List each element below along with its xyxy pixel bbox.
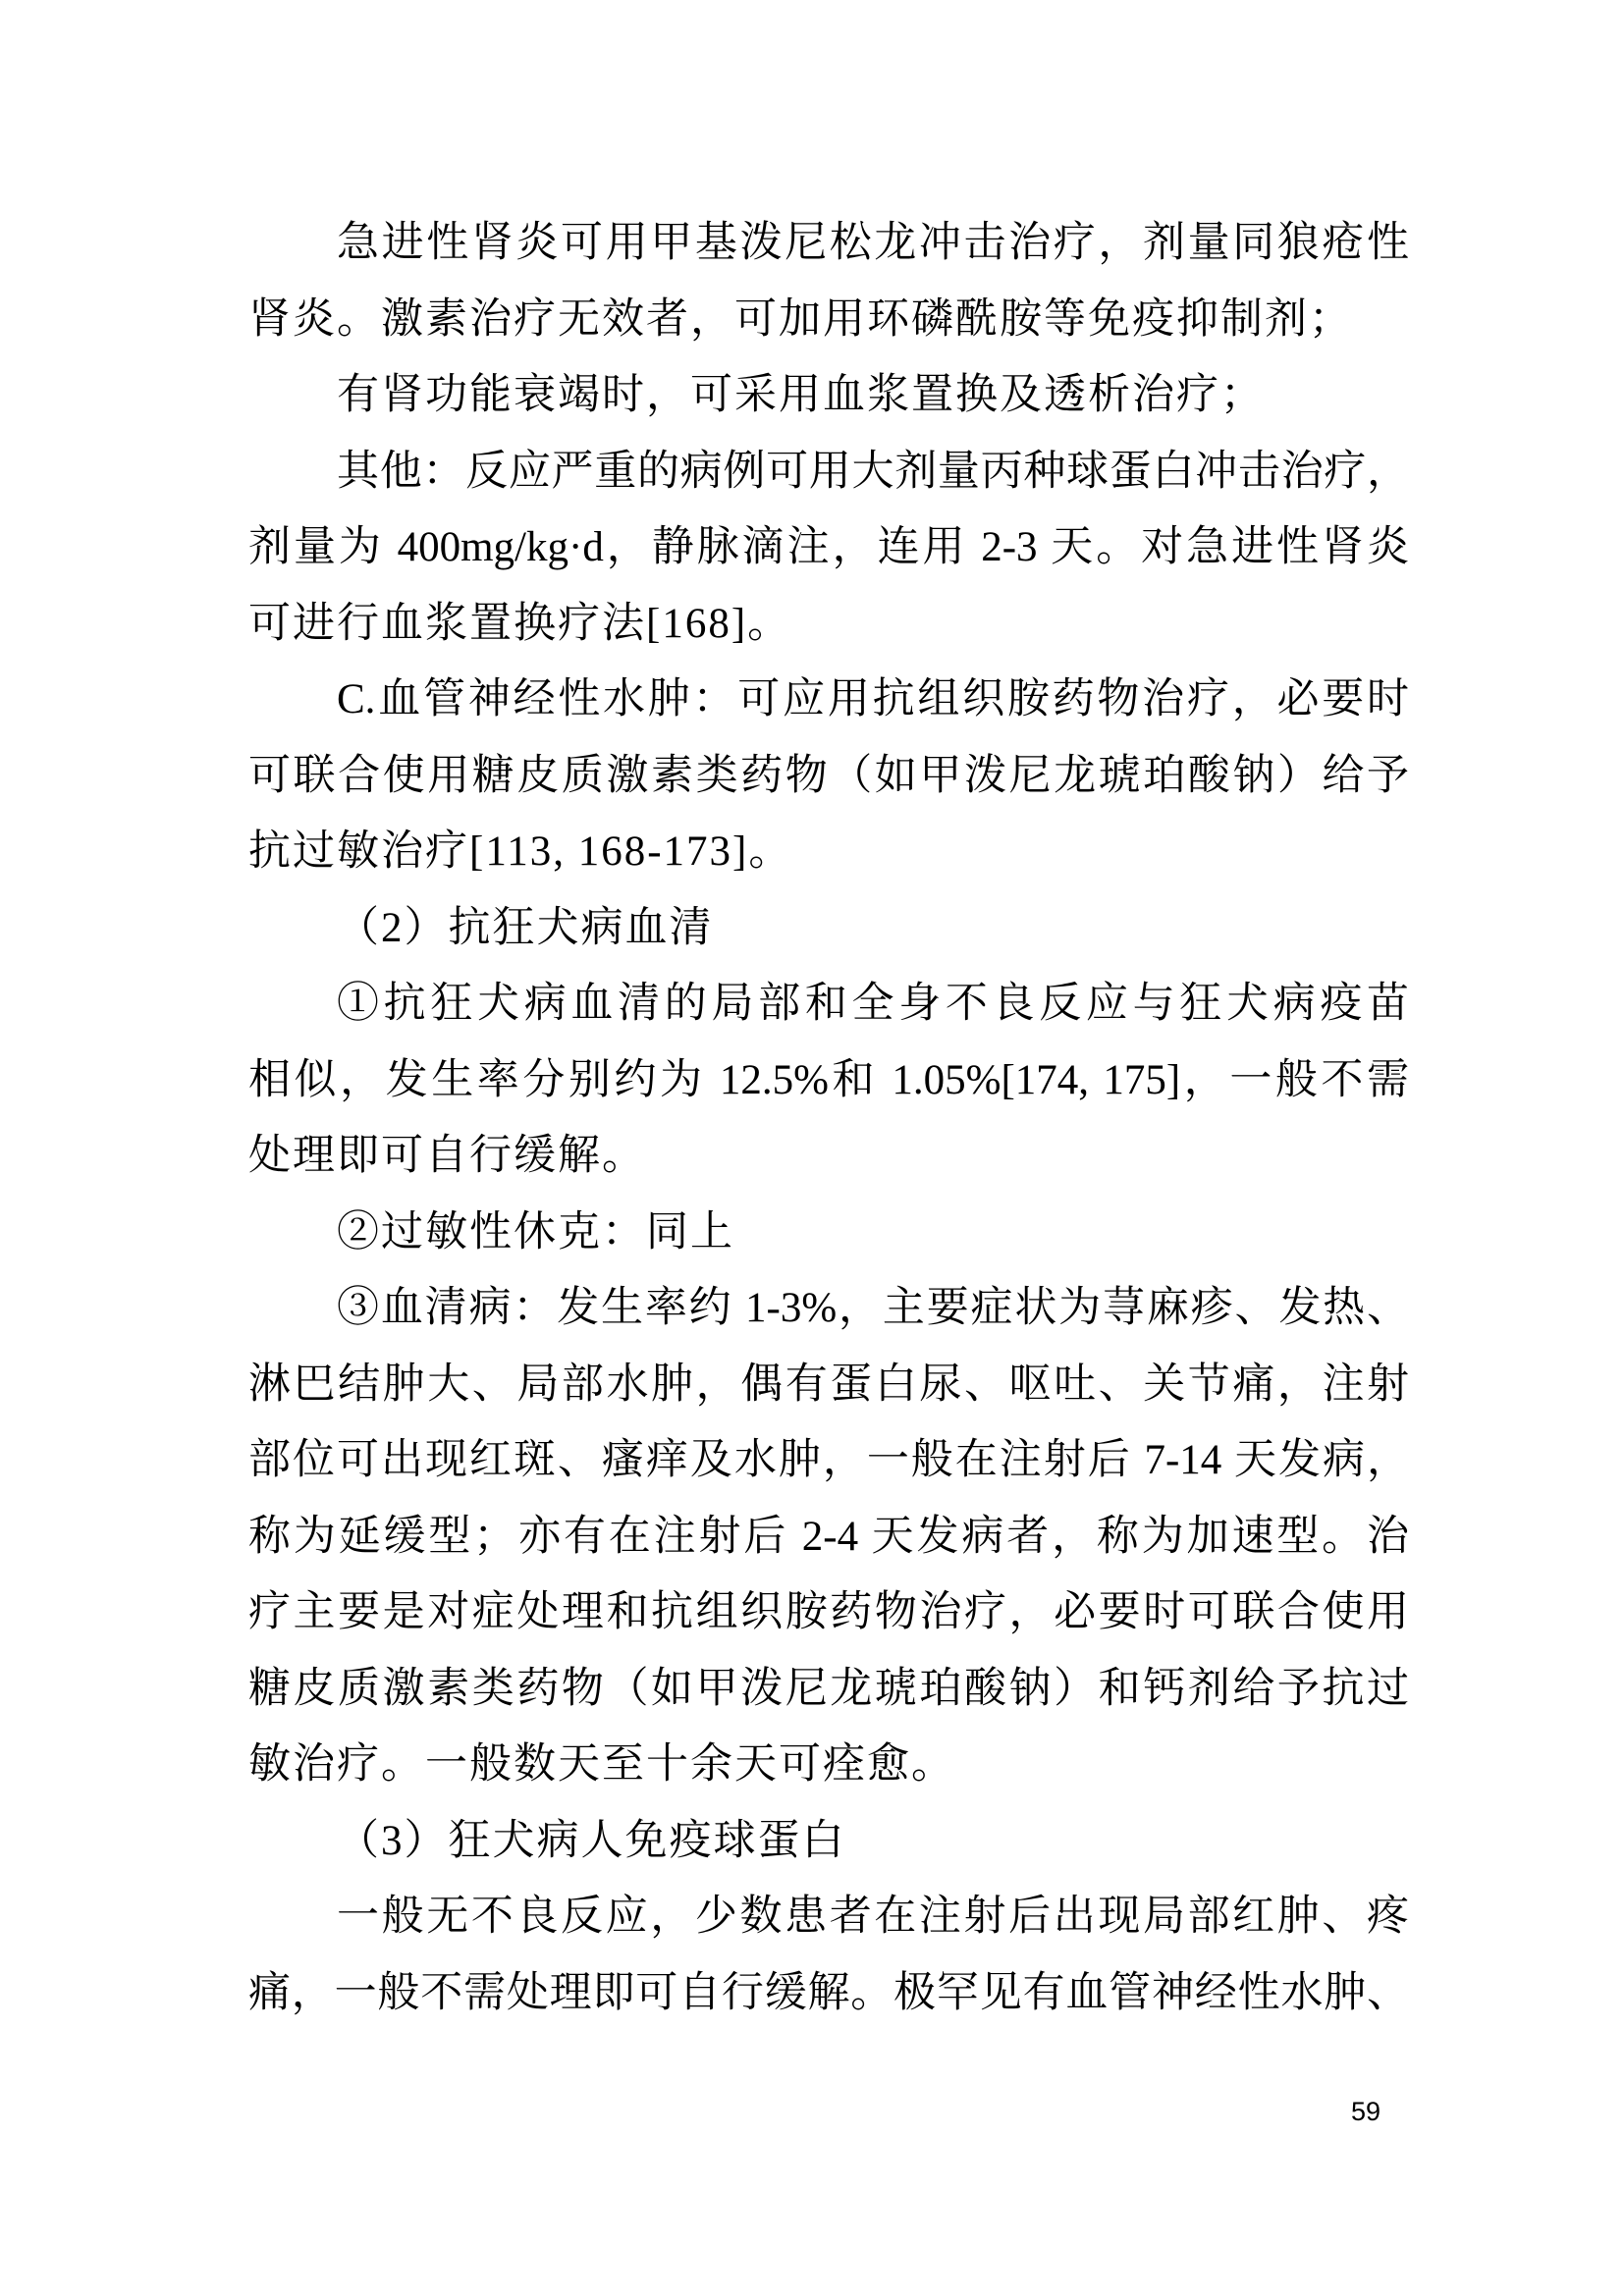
document-page: 急进性肾炎可用甲基泼尼松龙冲击治疗，剂量同狼疮性肾炎。激素治疗无效者，可加用环磷…	[0, 0, 1624, 2296]
text-line: 可联合使用糖皮质激素类药物（如甲泼尼龙琥珀酸钠）给予	[248, 738, 1409, 815]
text-line: 称为延缓型；亦有在注射后 2-4 天发病者，称为加速型。治	[248, 1499, 1409, 1575]
text-line: 处理即可自行缓解。	[248, 1118, 1409, 1195]
text-line: ①抗狂犬病血清的局部和全身不良反应与狂犬病疫苗	[248, 966, 1409, 1042]
text-line: 急进性肾炎可用甲基泼尼松龙冲击治疗，剂量同狼疮性	[248, 205, 1409, 282]
text-line: ②过敏性休克：同上	[248, 1195, 1409, 1271]
text-line: 有肾功能衰竭时，可采用血浆置换及透析治疗；	[248, 357, 1409, 434]
text-line: ③血清病：发生率约 1-3%，主要症状为荨麻疹、发热、	[248, 1270, 1409, 1347]
text-line: 剂量为 400mg/kg·d，静脉滴注，连用 2-3 天。对急进性肾炎	[248, 509, 1409, 586]
text-line: 相似，发生率分别约为 12.5%和 1.05%[174, 175]，一般不需	[248, 1042, 1409, 1119]
text-line: 痛，一般不需处理即可自行缓解。极罕见有血管神经性水肿、	[248, 1955, 1409, 2032]
text-line: 肾炎。激素治疗无效者，可加用环磷酰胺等免疫抑制剂；	[248, 282, 1409, 358]
text-line: （2）抗狂犬病血清	[248, 890, 1409, 967]
text-line: 疗主要是对症处理和抗组织胺药物治疗，必要时可联合使用	[248, 1575, 1409, 1651]
body-text: 急进性肾炎可用甲基泼尼松龙冲击治疗，剂量同狼疮性肾炎。激素治疗无效者，可加用环磷…	[248, 205, 1409, 2031]
text-line: 一般无不良反应，少数患者在注射后出现局部红肿、疼	[248, 1879, 1409, 1955]
text-line: 其他：反应严重的病例可用大剂量丙种球蛋白冲击治疗，	[248, 434, 1409, 510]
text-line: 糖皮质激素类药物（如甲泼尼龙琥珀酸钠）和钙剂给予抗过	[248, 1651, 1409, 1728]
text-line: 部位可出现红斑、瘙痒及水肿，一般在注射后 7-14 天发病，	[248, 1422, 1409, 1499]
text-line: 可进行血浆置换疗法[168]。	[248, 586, 1409, 663]
text-line: 敏治疗。一般数天至十余天可痊愈。	[248, 1727, 1409, 1803]
text-line: C.血管神经性水肿：可应用抗组织胺药物治疗，必要时	[248, 662, 1409, 738]
text-line: （3）狂犬病人免疫球蛋白	[248, 1803, 1409, 1880]
text-line: 淋巴结肿大、局部水肿，偶有蛋白尿、呕吐、关节痛，注射	[248, 1347, 1409, 1423]
text-line: 抗过敏治疗[113, 168-173]。	[248, 814, 1409, 890]
page-number: 59	[1351, 2097, 1380, 2126]
